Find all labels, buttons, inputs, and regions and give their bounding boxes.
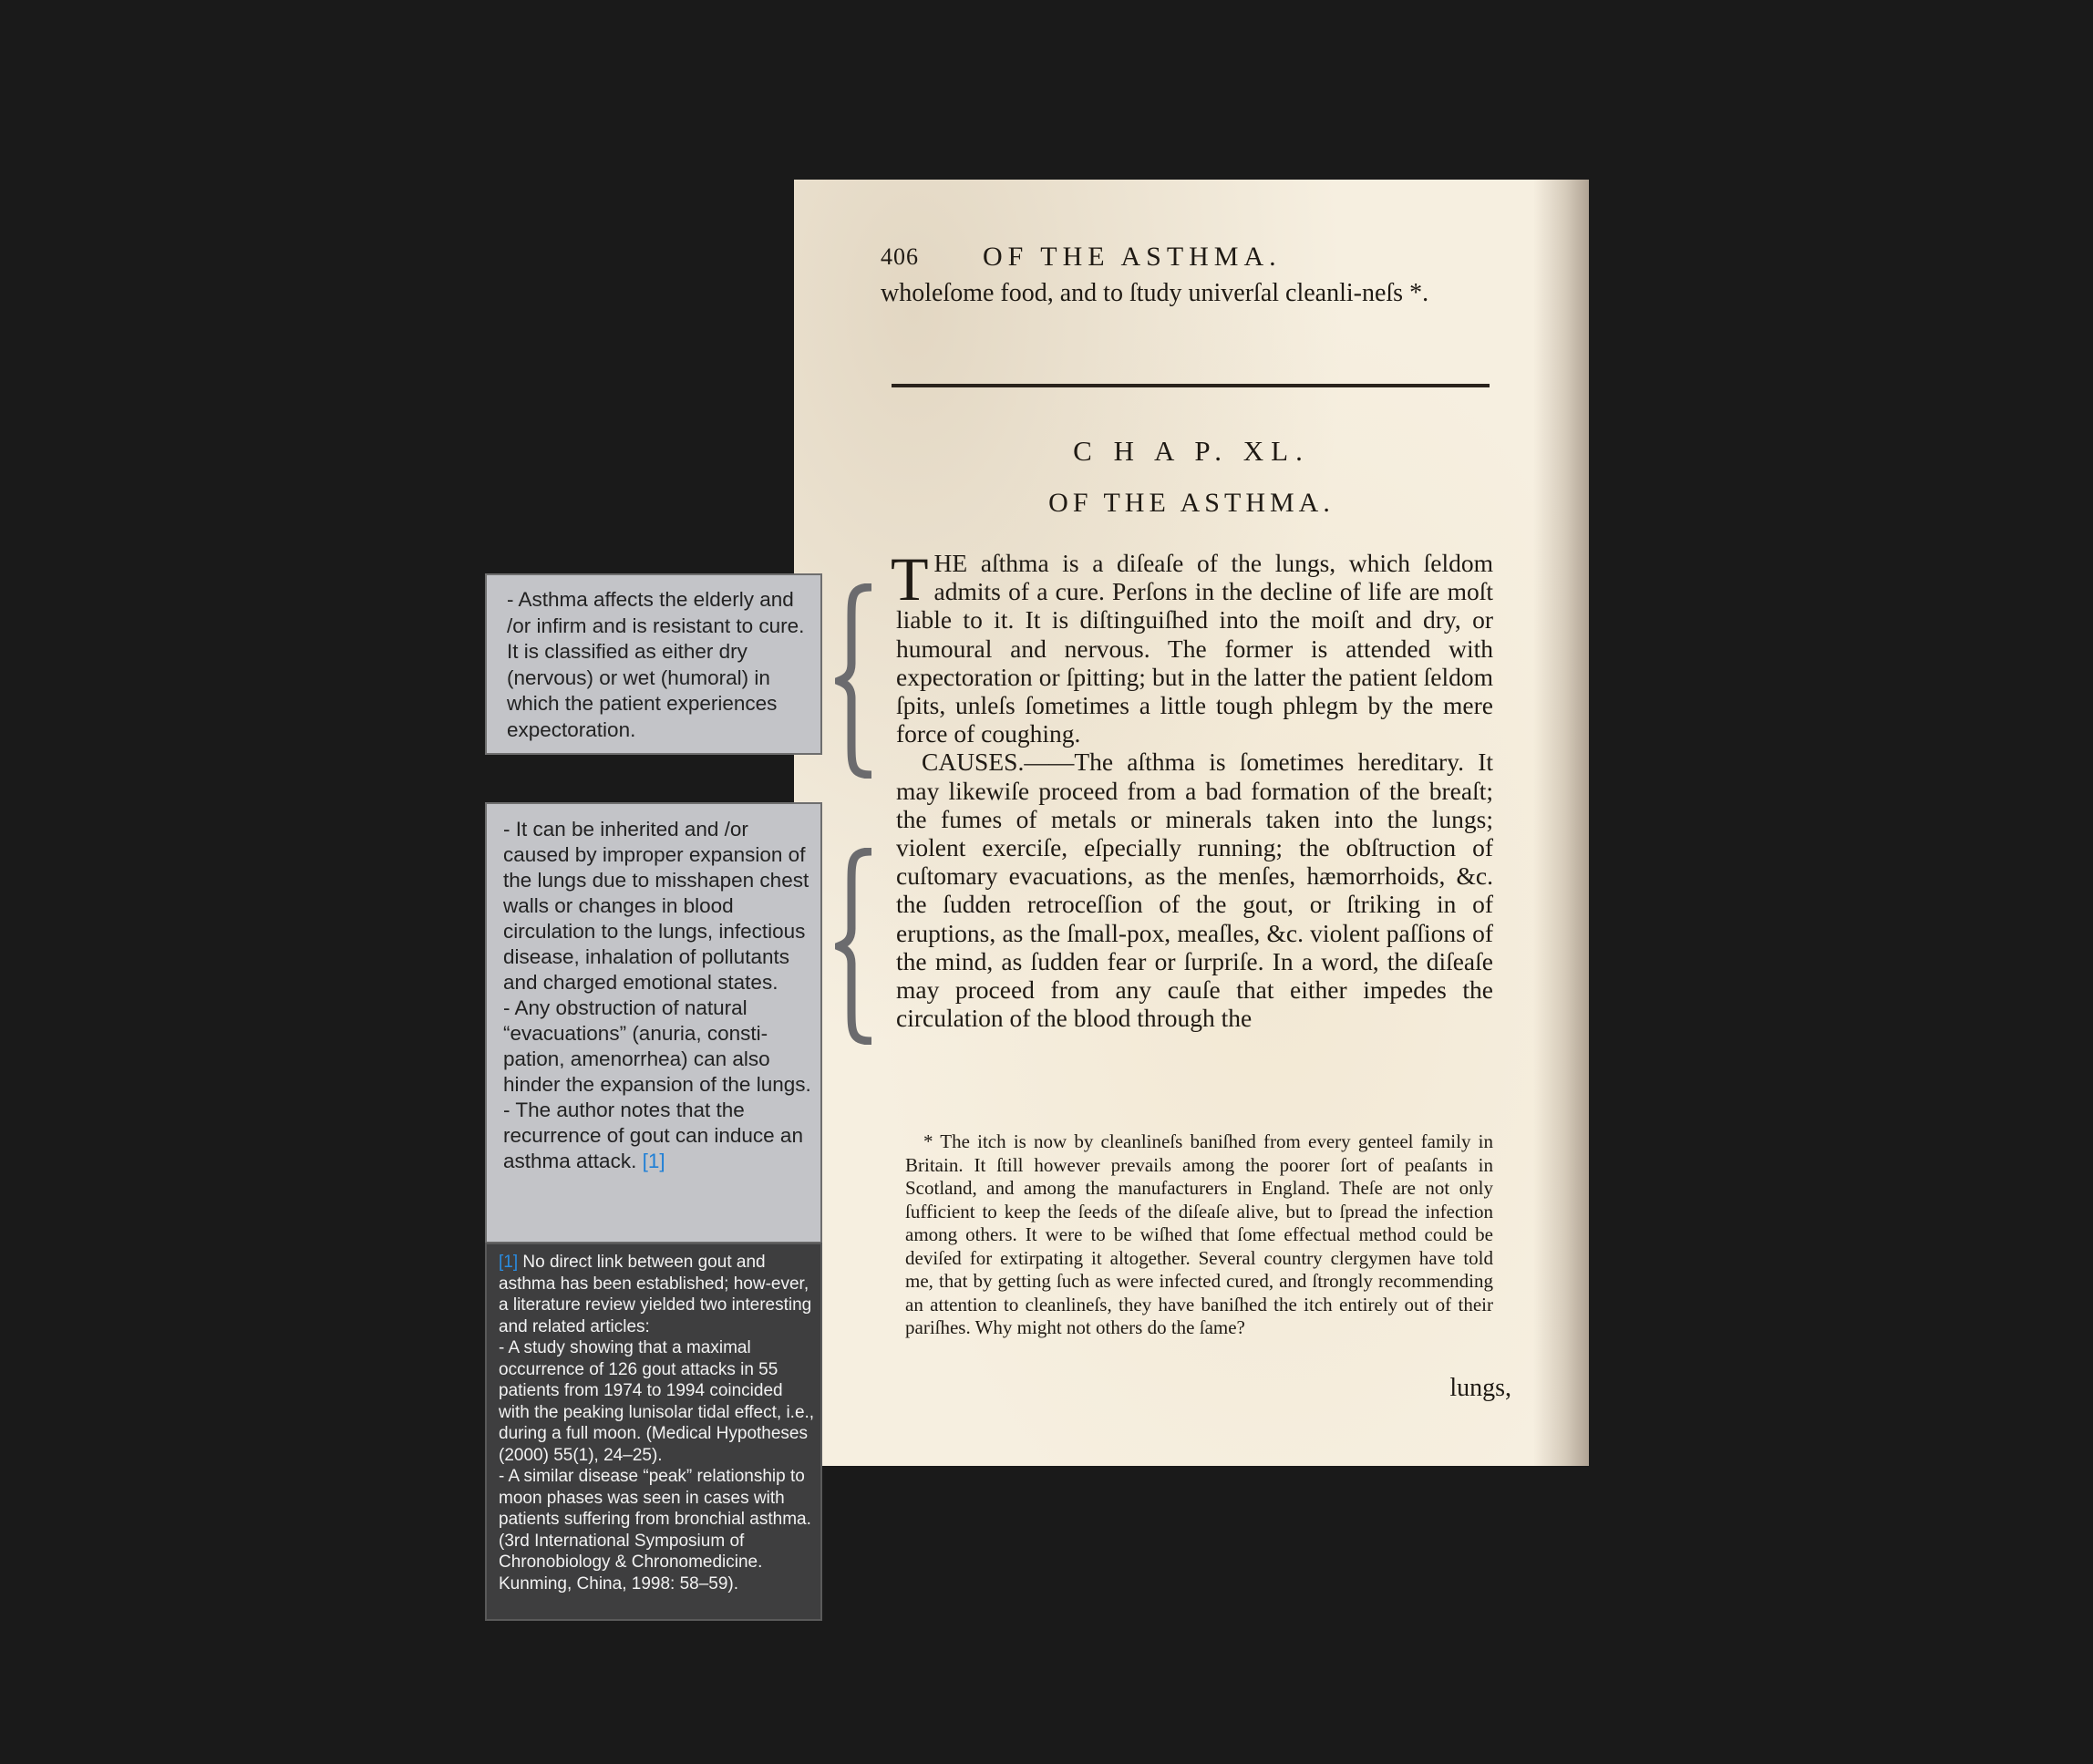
catchword: lungs, bbox=[1449, 1374, 1511, 1403]
annotation-box-description: - Asthma affects the elderly and /or inf… bbox=[485, 573, 822, 755]
chapter-number: C H A P. XL. bbox=[794, 435, 1589, 468]
chapter-body: THE aſthma is a diſeaſe of the lungs, wh… bbox=[896, 549, 1493, 1032]
page-footnote: * The itch is now by cleanlineſs baniſhe… bbox=[905, 1130, 1493, 1340]
curly-brace-icon bbox=[835, 848, 875, 1045]
continued-text: wholeſome food, and to ſtudy univerſal c… bbox=[881, 278, 1487, 309]
reference-link-1[interactable]: [1] bbox=[643, 1150, 665, 1172]
chapter-divider-rule bbox=[892, 384, 1490, 387]
paragraph-description: THE aſthma is a diſeaſe of the lungs, wh… bbox=[896, 549, 1493, 748]
chapter-title: OF THE ASTHMA. bbox=[794, 488, 1589, 519]
reference-note-item: - A study showing that a maximal occurre… bbox=[499, 1337, 815, 1466]
running-title: OF THE ASTHMA. bbox=[983, 242, 1282, 273]
annotation-box-causes: - It can be inherited and /or caused by … bbox=[485, 802, 822, 1243]
annotation-item: - The author notes that the recurrence o… bbox=[503, 1098, 813, 1174]
paragraph-causes: CAUSES.——The aſthma is ſometimes heredit… bbox=[896, 748, 1493, 1032]
annotation-item: - It can be inherited and /or caused by … bbox=[503, 817, 813, 995]
annotation-item: - Any obstruction of natural “evacuation… bbox=[503, 995, 813, 1098]
annotation-text: - Asthma affects the elderly and /or inf… bbox=[507, 587, 806, 743]
drop-cap: T bbox=[891, 552, 929, 605]
causes-label: CAUSES.—— bbox=[922, 748, 1074, 776]
reference-marker-1: [1] bbox=[499, 1253, 518, 1272]
reference-note-box: [1] No direct link between gout and asth… bbox=[485, 1243, 822, 1621]
page-number: 406 bbox=[881, 243, 919, 271]
scanned-book-page: 406 OF THE ASTHMA. wholeſome food, and t… bbox=[794, 180, 1589, 1466]
curly-brace-icon bbox=[835, 583, 875, 779]
reference-note-intro: [1] No direct link between gout and asth… bbox=[499, 1252, 815, 1337]
reference-note-item: - A similar disease “peak” relationship … bbox=[499, 1466, 815, 1594]
